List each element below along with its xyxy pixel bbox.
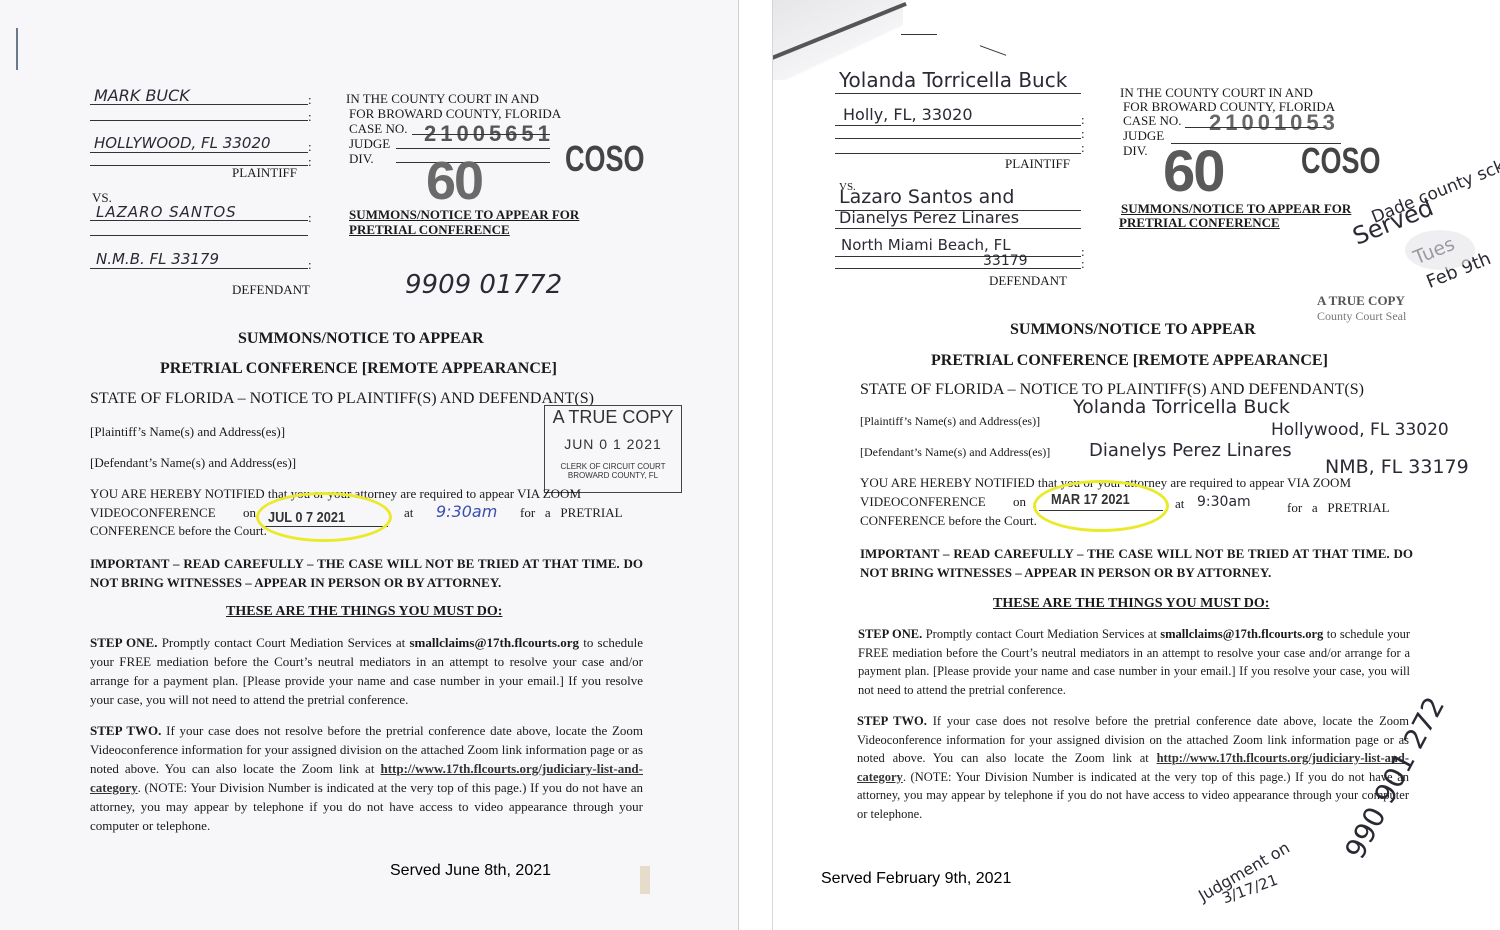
true-copy-seal: A TRUE COPY County Court Seal [1317,293,1406,324]
must-do-heading: THESE ARE THE THINGS YOU MUST DO: [226,604,502,620]
scan-smudge [640,866,650,894]
plaintiff-label: PLAINTIFF [1005,156,1070,171]
title-pretrial: PRETRIAL CONFERENCE [REMOTE APPEARANCE] [160,360,557,378]
step-two-paragraph: STEP TWO. If your case does not resolve … [857,712,1409,823]
served-caption: Served February 9th, 2021 [821,870,1011,888]
judge-label: JUDGE [349,136,390,151]
seal-subtitle: County Court Seal [1317,309,1406,324]
step-two-paragraph: STEP TWO. If your case does not resolve … [90,721,643,835]
step-one-paragraph: STEP ONE. Promptly contact Court Mediati… [858,625,1410,699]
defendant-zip-handwritten: 33179 [983,253,1028,269]
must-do-heading: THESE ARE THE THINGS YOU MUST DO: [993,596,1269,612]
videoconference-label: VIDEOCONFERENCE [90,505,216,521]
summons-document-right: Yolanda Torricella Buck Holly, FL, 33020… [772,0,1500,930]
defendant-name-handwritten: LAZARO SANTOS [96,203,237,221]
highlight-circle [1033,480,1169,532]
step-two-label: STEP TWO. [90,723,161,738]
scan-mark [901,34,937,35]
div-label: DIV. [1123,143,1148,158]
step-one-paragraph: STEP ONE. Promptly contact Court Mediati… [90,633,643,709]
videoconference-label: VIDEOCONFERENCE [860,494,986,510]
summons-heading-line-2: PRETRIAL CONFERENCE [1119,215,1280,231]
plaintiff-name-handwritten: Yolanda Torricella Buck [839,68,1067,92]
step-two-text-cont: . (NOTE: Your Division Number is indicat… [90,780,643,833]
step-one-label: STEP ONE. [90,635,157,650]
summons-heading-line-2: PRETRIAL CONFERENCE [349,222,510,238]
at-label: at [404,505,413,521]
court-line-2: FOR BROWARD COUNTY, FLORIDA [349,106,561,121]
for-pretrial-label: for a PRETRIAL [1287,500,1390,516]
scan-mark [980,45,1007,56]
division-stamp: 60 [426,150,482,212]
plaintiff-field-label: [Plaintiff’s Name(s) and Address(es)] [90,424,285,440]
mediation-email[interactable]: smallclaims@17th.flcourts.org [1160,627,1323,641]
scan-mark [16,28,18,70]
smudge [1405,230,1475,270]
conference-label: CONFERENCE before the Court. [860,513,1037,529]
case-label: CASE NO. [1123,113,1182,128]
at-label: at [1175,496,1184,512]
title-summons: SUMMONS/NOTICE TO APPEAR [1010,321,1256,339]
court-line-1: IN THE COUNTY COURT IN AND [346,91,539,106]
summons-document-left: MARK BUCK : : HOLLYWOOD, FL 33020 : : PL… [0,0,739,930]
hearing-time: 9:30am [1197,494,1251,510]
step-one-text: Promptly contact Court Mediation Service… [162,635,406,650]
plaintiff-label: PLAINTIFF [232,165,297,180]
case-number: 21001053 [1209,110,1339,136]
defendant-address-handwritten: North Miami Beach, FL [841,236,1011,254]
seal-title: A TRUE COPY [1317,293,1406,309]
true-copy-clerk: CLERK OF CIRCUIT COURT [545,462,681,471]
important-notice: IMPORTANT – READ CAREFULLY – THE CASE WI… [860,544,1413,582]
plaintiff-address-handwritten: HOLLYWOOD, FL 33020 [94,134,271,152]
plaintiff-address-handwritten: Holly, FL, 33020 [843,105,973,124]
hearing-time: 9:30am [436,502,497,521]
plaintiff-name-handwritten: MARK BUCK [94,86,190,105]
important-notice: IMPORTANT – READ CAREFULLY – THE CASE WI… [90,554,643,592]
true-copy-stamp: A TRUE COPY JUN 0 1 2021 CLERK OF CIRCUI… [544,405,682,493]
true-copy-date: JUN 0 1 2021 [545,436,681,452]
judge-label: JUDGE [1123,128,1164,143]
conference-label: CONFERENCE before the Court. [90,523,267,539]
summons-heading-line-1: SUMMONS/NOTICE TO APPEAR FOR [349,207,579,223]
coso-stamp: COSO [565,138,645,180]
defendant-label: DEFENDANT [232,282,310,297]
step-one-label: STEP ONE. [858,627,922,641]
for-pretrial-label: for a PRETRIAL [520,505,623,521]
coso-stamp: COSO [1301,140,1381,182]
division-stamp: 60 [1163,138,1224,205]
on-label: on [1013,494,1026,510]
title-summons: SUMMONS/NOTICE TO APPEAR [238,330,484,348]
defendant-name-2-handwritten: Dianelys Perez Linares [839,208,1019,227]
defendant-field-label: [Defendant’s Name(s) and Address(es)] [90,455,296,471]
defendant-address-handwritten: N.M.B. FL 33179 [96,250,219,268]
state-notice: STATE OF FLORIDA – NOTICE TO PLAINTIFF(S… [90,390,594,408]
div-label: DIV. [349,151,374,166]
defendant-field-value: Dianelys Perez Linares [1089,440,1292,461]
defendant-label: DEFENDANT [989,273,1067,288]
step-two-text-cont: . (NOTE: Your Division Number is indicat… [857,770,1409,821]
page-gutter [739,0,771,930]
true-copy-title: A TRUE COPY [545,407,681,428]
court-line-1: IN THE COUNTY COURT IN AND [1120,85,1313,100]
on-label: on [243,505,256,521]
plaintiff-field-label: [Plaintiff’s Name(s) and Address(es)] [860,414,1040,429]
plaintiff-field-value: Yolanda Torricella Buck [1073,396,1290,418]
defendant-field-label: [Defendant’s Name(s) and Address(es)] [860,445,1050,460]
plaintiff-field-address: Hollywood, FL 33020 [1271,420,1449,440]
title-pretrial: PRETRIAL CONFERENCE [REMOTE APPEARANCE] [931,352,1328,370]
true-copy-county: BROWARD COUNTY, FL [545,471,681,480]
defendant-name-handwritten: Lazaro Santos and [839,186,1014,208]
step-two-label: STEP TWO. [857,714,927,728]
case-label: CASE NO. [349,121,408,136]
step-one-text: Promptly contact Court Mediation Service… [926,627,1157,641]
highlight-circle [256,492,392,542]
served-caption: Served June 8th, 2021 [390,862,551,880]
mediation-email[interactable]: smallclaims@17th.flcourts.org [409,635,579,650]
handwritten-file-number: 9909 01772 [405,270,562,300]
